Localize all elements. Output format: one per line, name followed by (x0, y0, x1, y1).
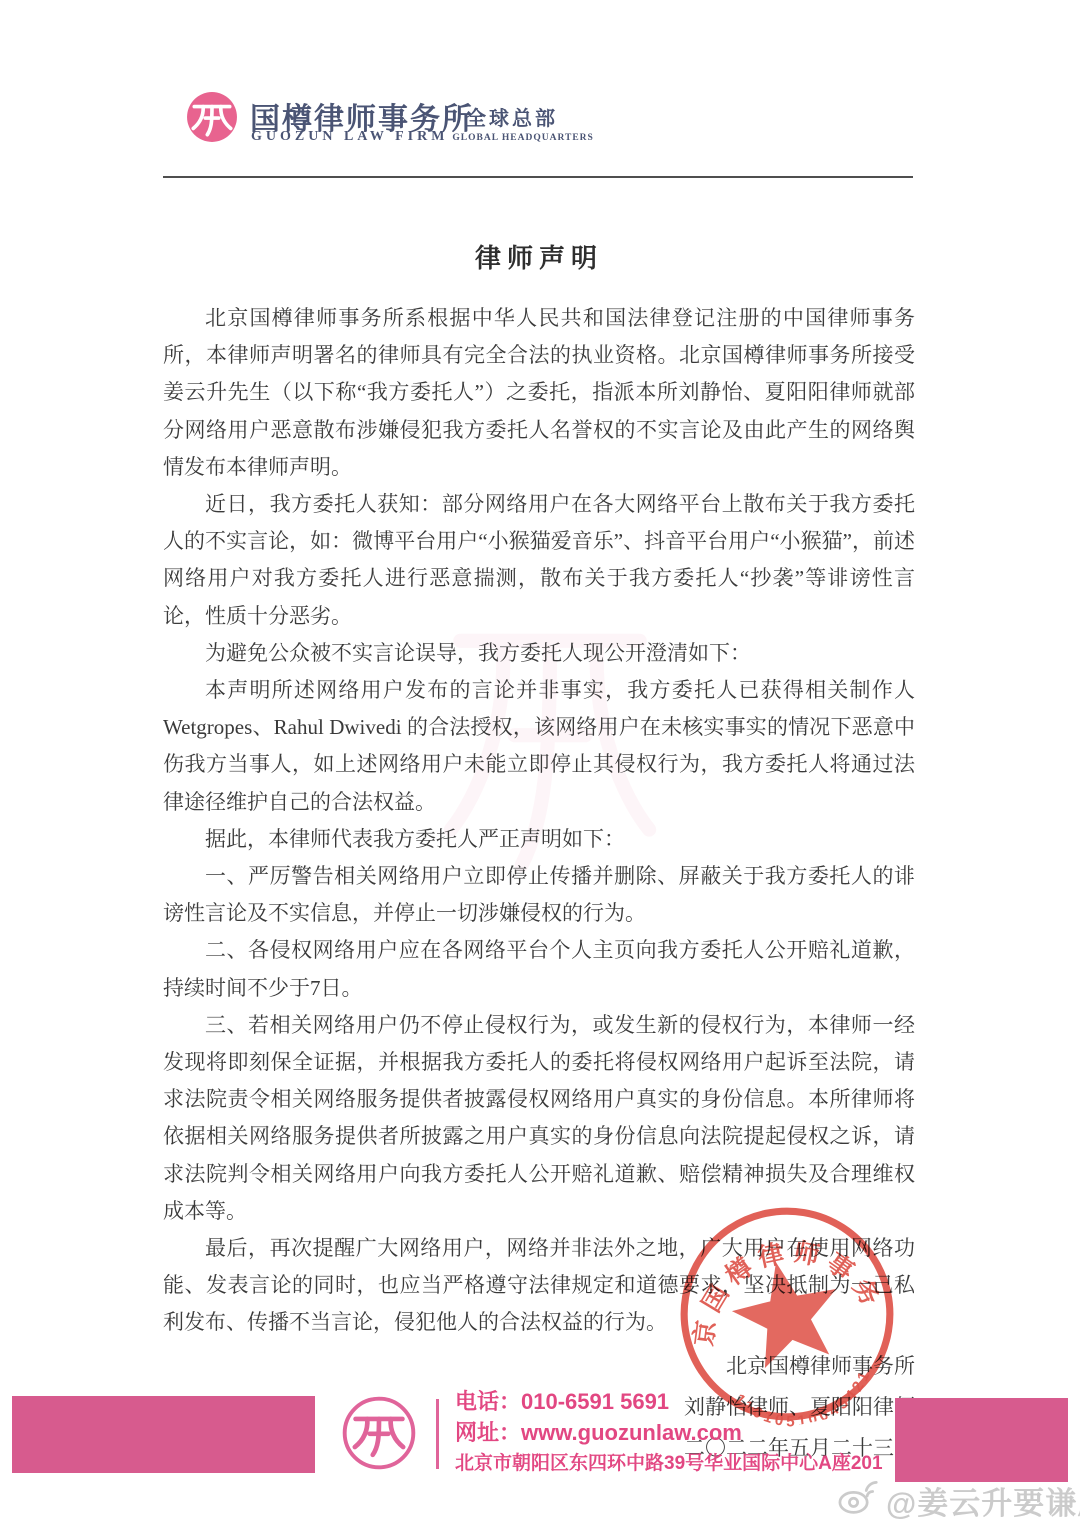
footer-logo-icon (340, 1394, 418, 1472)
document-page: 国樽律师事务所 全球总部 GUOZUN LAW FIRMGLOBAL HEADQ… (0, 0, 1080, 1524)
phone-label: 电话： (455, 1389, 521, 1414)
footer-divider (436, 1399, 439, 1469)
firm-suffix-cn: 全球总部 (466, 102, 558, 131)
paragraph-item-1: 一、严厉警告相关网络用户立即停止传播并删除、屏蔽关于我方委托人的诽谤性言论及不实… (163, 858, 915, 932)
firm-name-en-main: GUOZUN LAW FIRM (251, 129, 448, 144)
weibo-handle-text: @姜云升要谦虚 (886, 1478, 1080, 1523)
paragraph-item-2: 二、各侵权网络用户应在各网络平台个人主页向我方委托人公开赔礼道歉，持续时间不少于… (163, 932, 915, 1006)
firm-name-en-suffix: GLOBAL HEADQUARTERS (452, 133, 593, 143)
footer-address-line: 北京市朝阳区东四环中路39号华业国际中心A座201 (455, 1448, 885, 1479)
footer-website-line: 网址：www.guozunlaw.com (455, 1417, 885, 1448)
scanned-lawyer-statement: { "brand": { "cn_name": "国樽律师事务所", "cn_s… (0, 0, 1080, 1524)
paragraph-declare-lead: 据此，本律师代表我方委托人严正声明如下： (163, 821, 915, 858)
paragraph-clarify-lead: 为避免公众被不实言论误导，我方委托人现公开澄清如下： (163, 635, 915, 672)
guozun-logo-icon (186, 91, 238, 143)
paragraph-clarification: 本声明所述网络用户发布的言论并非事实，我方委托人已获得相关制作人Wetgrope… (163, 672, 915, 821)
footer-right-bar (895, 1398, 1068, 1482)
header-divider (163, 176, 913, 178)
firm-name-en: GUOZUN LAW FIRMGLOBAL HEADQUARTERS (251, 129, 594, 145)
weibo-watermark: @姜云升要谦虚 (836, 1476, 1080, 1524)
website-label: 网址： (455, 1420, 521, 1445)
paragraph-intro: 北京国樽律师事务所系根据中华人民共和国法律登记注册的中国律师事务所，本律师声明署… (163, 300, 915, 486)
address-text: 北京市朝阳区东四环中路39号华业国际中心A座201 (455, 1453, 883, 1474)
phone-number: 010-6591 5691 (521, 1389, 669, 1414)
website-url: www.guozunlaw.com (521, 1420, 742, 1445)
footer-phone-line: 电话：010-6591 5691 (455, 1386, 885, 1417)
statement-title: 律师声明 (163, 238, 915, 275)
footer-left-bar (12, 1396, 315, 1473)
weibo-icon (836, 1476, 882, 1524)
paragraph-facts: 近日，我方委托人获知：部分网络用户在各大网络平台上散布关于我方委托人的不实言论，… (163, 486, 915, 635)
footer-contact: 电话：010-6591 5691 网址：www.guozunlaw.com 北京… (455, 1386, 885, 1479)
